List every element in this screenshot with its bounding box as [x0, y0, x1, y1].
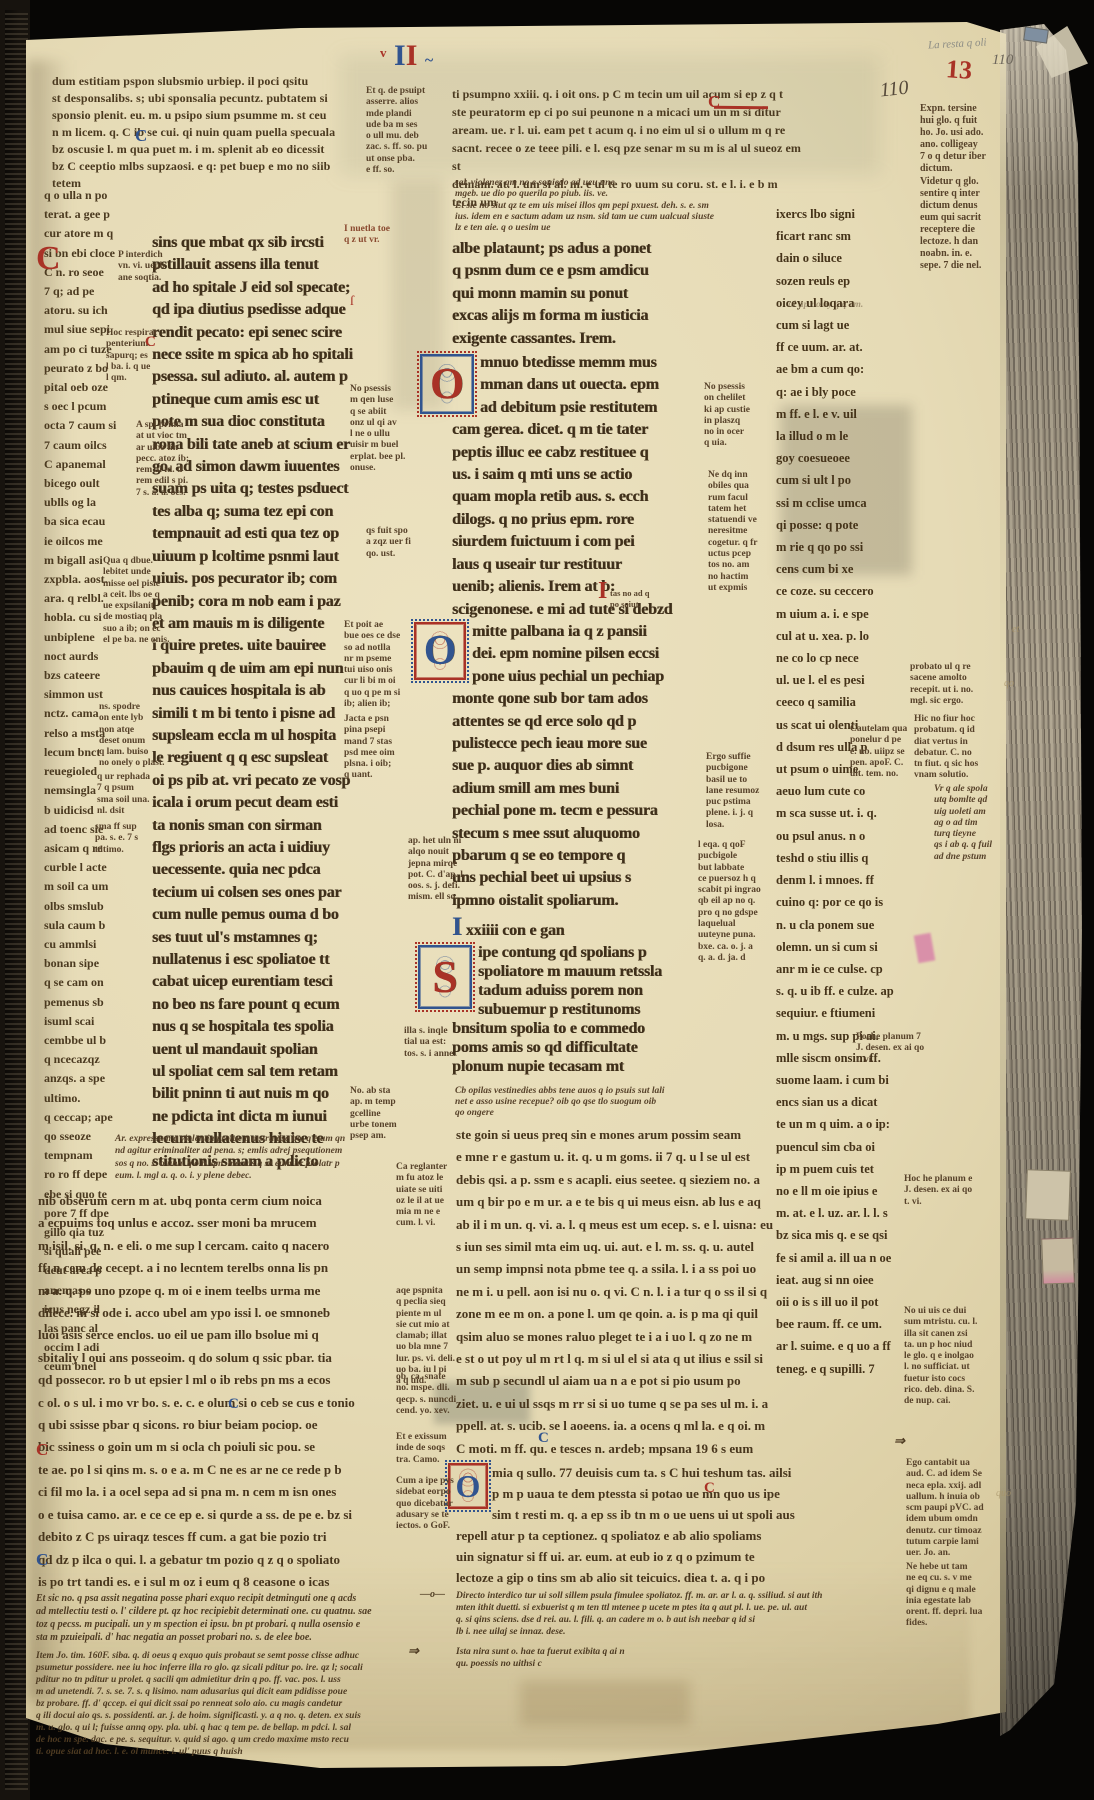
marginal-note: Expn. tersine hui glo. q fuit ho. Jo. us… — [920, 103, 996, 175]
marginal-note: P interdich vn. vi. uepb ane soqtia. — [118, 250, 182, 284]
running-header: v II ~ — [380, 38, 433, 76]
main-text-column-2: albe plataunt; ps adus a ponet q psnm du… — [452, 238, 710, 1076]
decorated-initial-O-blue: O — [416, 624, 464, 678]
gloss-top-left: dum estitiam pspon slubsmio urbiep. il p… — [52, 73, 358, 192]
marginal-note: Vr q ale spola utq bomlte qd uig uoleti … — [934, 784, 1000, 863]
marginal-note: Ergo suffie pucbigone basil ue to lane r… — [706, 752, 774, 831]
col2-paragraph-1: albe plataunt; ps adus a ponet q psnm du… — [452, 238, 710, 350]
bottom-note-right-1: Directo interdico tur ui soll sillem psu… — [456, 1590, 880, 1638]
marginal-note: ap. het uln ni alqo nouit jepna mirqe po… — [408, 836, 474, 904]
marginal-note: A spl prima at ut vioc tm ar uibe tin pe… — [136, 420, 200, 499]
manuscript-photo: { "colors":{"parchment":"#e6dbb6","ink":… — [0, 0, 1094, 1800]
col2-paragraph-2: Omnuo btedisse memm mus mman dans ut oue… — [452, 352, 710, 598]
marginal-note: No psessis on chelilet ki ap custie in p… — [704, 382, 770, 450]
marginal-note: q ur rephada 7 q psum sma soil una. nl. … — [97, 772, 161, 817]
gloss-lower-left: nib obserum cern m at. ubq ponta cerm ci… — [38, 1190, 394, 1593]
marginal-note: Et poit ae bue oes ce dse so ad notlla n… — [344, 620, 414, 710]
decorated-initial-S-red: S — [420, 947, 470, 1007]
marginal-note: Et e exissum inde de soqs tra. Camo. — [396, 1432, 462, 1466]
paragraph-mark: C — [538, 1430, 549, 1447]
fore-edge-tab — [1041, 1237, 1075, 1284]
book-fore-edge-stack — [1000, 24, 1086, 1740]
marginal-note: Hoc he planum e J. desen. ex ai qo t. vi… — [904, 1174, 990, 1208]
marginal-note: Ne dq inn obiles qua rum facul tatem het… — [708, 470, 776, 594]
fore-edge-mark: qo — [1004, 678, 1014, 689]
marginal-note: Ca reglanter m fu atoz le uiate se uiti … — [396, 1162, 462, 1230]
marginal-note: illa s. inqle tial ua est: tos. s. i ann… — [404, 1026, 474, 1060]
gloss-top-right-small: sal. violenez qm no e soniedo ad ueu une… — [455, 178, 785, 234]
gloss-under-column-2: Cb opilas vestinedies abbs tene auos q i… — [455, 1086, 707, 1119]
bottom-dash-mark: —o— — [420, 1588, 445, 1601]
marginal-note: ns. spodre on ente lyb non atqe deset on… — [99, 702, 165, 770]
initial-I-red: I — [598, 578, 607, 605]
marginal-note: Cum a ipe pys sidebat eorpo quo dicebatu… — [396, 1476, 464, 1532]
paragraph-mark: C — [135, 126, 147, 146]
bottom-note-right-2: Ista nira sunt o. hae ta fuerut exibita … — [456, 1646, 756, 1670]
red-underline — [714, 106, 768, 109]
gutter-texture — [5, 10, 28, 1790]
marginal-note: Hic no fiur hoc probatum. q id diat vert… — [914, 714, 996, 782]
marginal-note: Qua q dbue. lebitet unde misse oel pisle… — [103, 556, 177, 646]
header-tick: v — [380, 45, 387, 60]
paragraph-mark: C — [228, 1396, 239, 1413]
marginal-note: qs fuit spo a zqz uer fi qo. ust. — [366, 526, 442, 560]
bottom-arrow-mark: ⇒ — [408, 1644, 419, 1657]
header-numeral-1: I — [394, 39, 406, 72]
marginal-note: tas no ad q po soiut. — [610, 588, 654, 611]
gloss-lower-right-paragraph: Omia q sullo. 77 deuisis cum ta. s C hui… — [456, 1462, 866, 1588]
gloss-lower-right: ste goin si ueus preq sin e mones arum p… — [456, 1124, 866, 1460]
marginal-note: Jacta e psn pina psepi mand 7 stas psd m… — [344, 714, 414, 782]
red-squiggle-mark: ſ — [350, 294, 354, 310]
marginal-note: No psessis m qen luse q se abiit onz ul … — [350, 384, 418, 474]
folio-number-top: 110 — [992, 52, 1013, 69]
fore-edge-mark: et — [1012, 624, 1019, 635]
header-numeral-2: I — [406, 39, 418, 72]
marginal-note: Hoc respirat penterium. sapurq; es l ba.… — [106, 328, 176, 384]
paragraph-mark: C — [36, 1550, 48, 1570]
col2-paragraph-3b: Omitte palbana ia q z pansii dei. epm no… — [452, 621, 710, 912]
marginal-note: l eqa. q qoF pucbigole but labbate ce pu… — [698, 840, 772, 964]
marginal-note: ob. ca. snate no. mspe. dli. qecp. s. nu… — [396, 1372, 460, 1417]
bottom-note-left-2: Item Jo. tim. 160F. siba. q. di oeus q e… — [36, 1650, 408, 1758]
paragraph-mark-large: C — [36, 240, 61, 278]
marginal-note-faint: ul up no by q q am. — [788, 300, 868, 311]
header-flourish: ~ — [425, 52, 433, 69]
quire-number: 13 — [945, 54, 973, 86]
paragraph-mark: C — [704, 1480, 715, 1497]
col2-paragraph-4: Sipe contung qd spolians p spoliatore m … — [452, 943, 710, 1076]
marginal-note: Ne hebe ut tam ne eq cu. s. v me qi dign… — [906, 1562, 988, 1630]
fore-edge-tab — [1025, 1169, 1071, 1221]
litterae-initial-I-blue: I — [452, 912, 462, 941]
paragraph-mark: C — [145, 334, 156, 351]
col2-paragraph-3a: scigenonese. e mi ad tute si debzd — [452, 599, 710, 621]
marginal-note: probato ul q re sacene amolto recepit. u… — [910, 662, 994, 707]
marginal-note: sma ff sup pa. s. e. 7 s ultimo. — [95, 822, 153, 856]
marginal-note: Et q. de psuipt asserre. alios mde pland… — [366, 86, 454, 176]
fore-edge-mark: quo — [996, 1488, 1011, 1499]
marginal-note-rubric: I nuetla toe q z ut vr. — [344, 224, 414, 247]
marginal-note: Videtur q glo. sentire q inter dictum de… — [920, 176, 998, 272]
marginal-note: No ui uis ce dui sum mtristu. cu. l. ill… — [904, 1306, 994, 1408]
marginal-note: No. ab sta ap. m temp gcelline urbe tone… — [350, 1086, 414, 1142]
bottom-note-left-1: Et sic no. q psa assit negatina posse ph… — [36, 1592, 408, 1644]
decorated-initial-O-red: O — [422, 356, 472, 412]
paragraph-mark: C — [708, 92, 720, 112]
marginal-note: Poche planum 7 J. desen. ex ai qo t. vi. — [856, 1032, 940, 1066]
marginal-note: Ego cantabit ua aud. C. ad idem Se neca … — [906, 1458, 992, 1560]
col2-rubric-line: I xxiiii con e gan — [452, 916, 710, 942]
paragraph-mark: C — [36, 1440, 48, 1460]
folio-number-main: 110 — [879, 77, 910, 103]
marginal-note: Cautelam qua ponelur d pe e. ub. uiipz s… — [850, 724, 914, 780]
margin-arrow-mark: ⇒ — [894, 1434, 905, 1447]
